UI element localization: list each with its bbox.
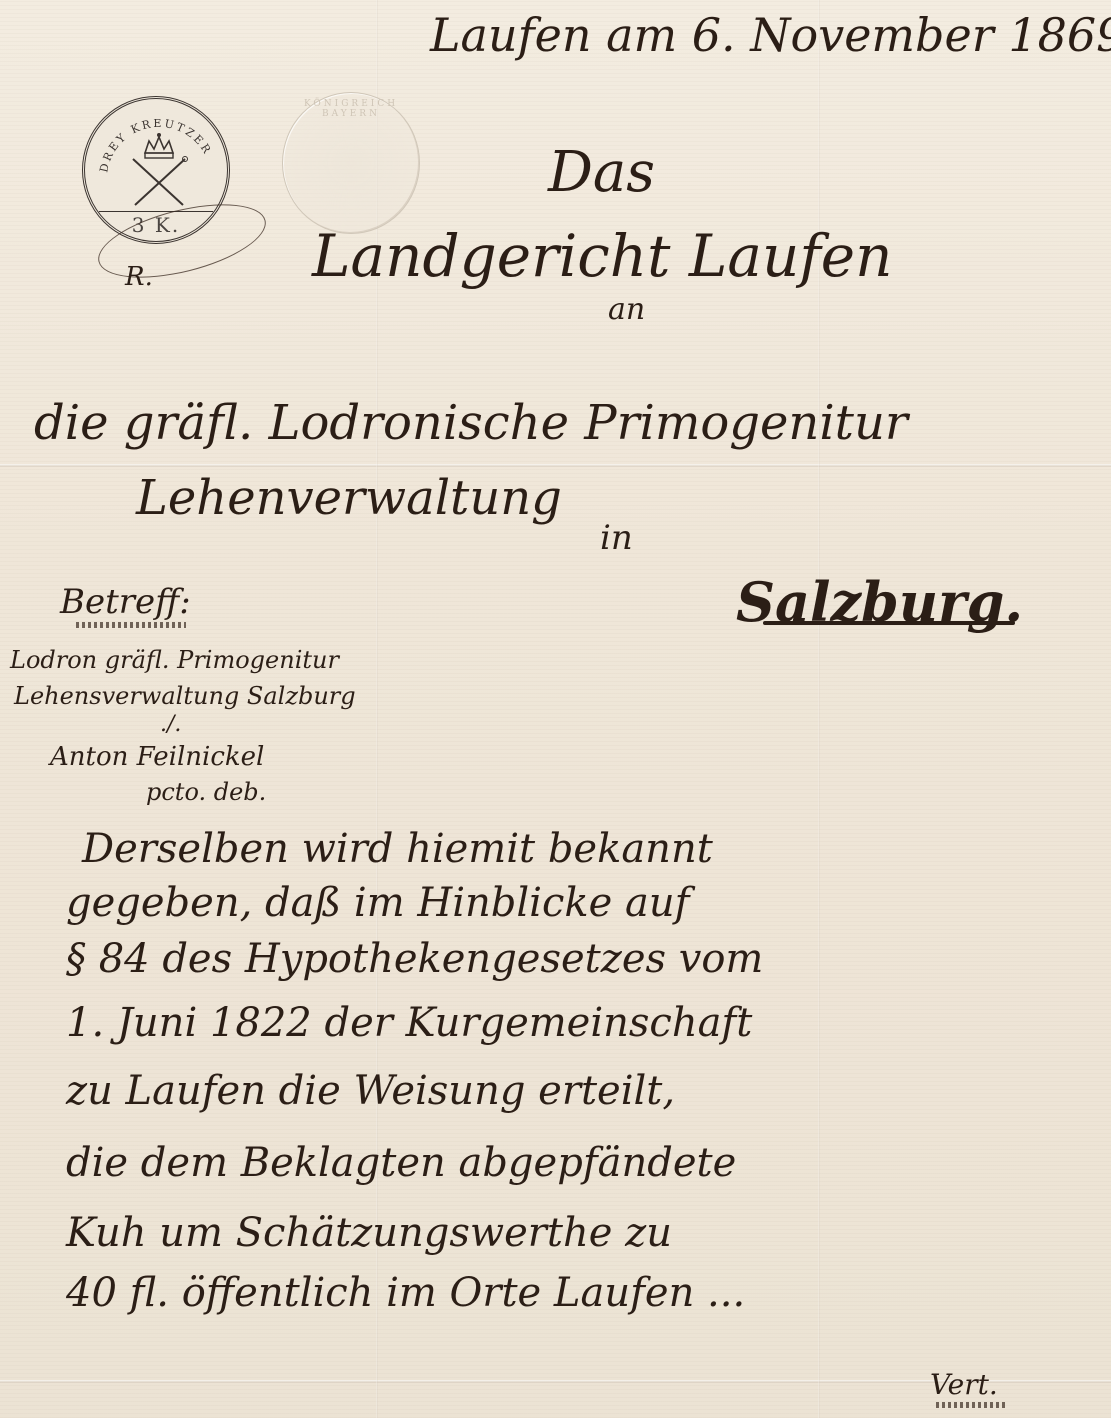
turn-over-underline	[936, 1402, 1008, 1408]
recipient-line-2: Lehenverwaltung	[136, 470, 562, 526]
seal-inscription: KÖNIGREICH BAYERN	[283, 99, 419, 119]
recipient-line-1: die gräfl. Lodronische Primogenitur	[34, 395, 908, 451]
margin-note: R.	[125, 262, 153, 292]
paper-fold-horizontal	[0, 464, 1111, 467]
crown-sword-scepter-icon	[119, 129, 199, 209]
sender-line-3: an	[608, 292, 645, 327]
subject-line: Lodron gräfl. Primogenitur	[10, 646, 339, 674]
subject-line: ./.	[160, 712, 181, 737]
subject-line: pcto. deb.	[146, 778, 266, 806]
body-line: gegeben, daß im Hinblicke auf	[66, 880, 689, 926]
dateline: Laufen am 6. November 1869.	[430, 8, 1111, 62]
embossed-seal: KÖNIGREICH BAYERN	[282, 92, 420, 234]
subject-line: Anton Feilnickel	[50, 742, 264, 772]
body-line: zu Laufen die Weisung erteilt,	[66, 1068, 675, 1114]
body-line: § 84 des Hypothekengesetzes vom	[66, 936, 763, 982]
body-line: Derselben wird hiemit bekannt	[82, 826, 713, 872]
body-line: Kuh um Schätzungswerthe zu	[66, 1210, 672, 1256]
body-line: die dem Beklagten abgepfändete	[66, 1140, 736, 1186]
subject-heading-underline	[76, 622, 186, 628]
body-line: 1. Juni 1822 der Kurgemeinschaft	[66, 1000, 752, 1046]
recipient-line-3: in	[600, 518, 633, 558]
subject-line: Lehensverwaltung Salzburg	[14, 682, 356, 710]
sender-line-1: Das	[548, 140, 655, 205]
subject-heading: Betreff:	[60, 582, 191, 622]
body-line: 40 fl. öffentlich im Orte Laufen ...	[66, 1270, 745, 1316]
paper-fold-vertical	[818, 0, 820, 1418]
turn-over-note: Vert.	[930, 1368, 998, 1401]
city-underline	[763, 621, 1015, 625]
sender-line-2: Landgericht Laufen	[312, 222, 892, 290]
